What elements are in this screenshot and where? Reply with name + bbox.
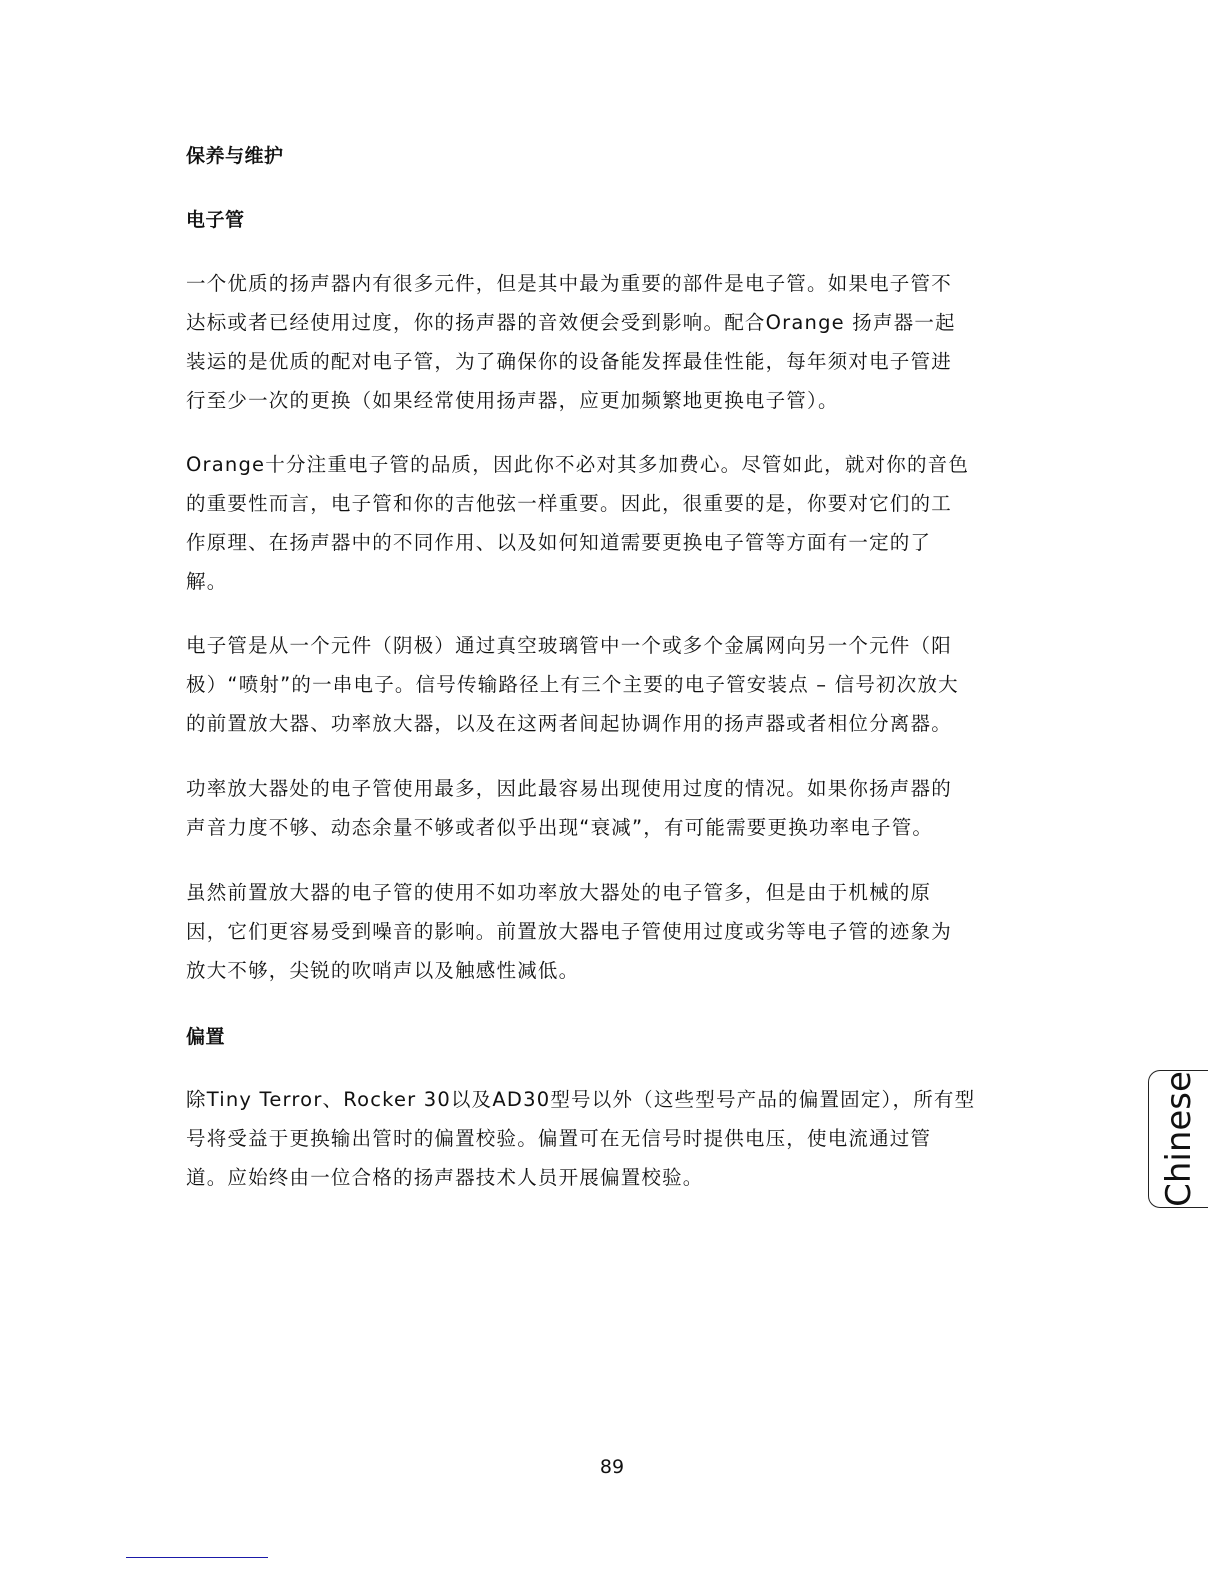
paragraph-tube-quality: Orange十分注重电子管的品质，因此你不必对其多加费心。尽管如此，就对你的音色…: [186, 445, 1026, 601]
text-line: 道。应始终由一位合格的扬声器技术人员开展偏置校验。: [186, 1158, 1026, 1197]
text-line: 声音力度不够、动态余量不够或者似乎出现“衰减”，有可能需要更换功率电子管。: [186, 808, 1026, 847]
text-line: 解。: [186, 562, 1026, 601]
text-line: 极）“喷射”的一串电子。信号传输路径上有三个主要的电子管安装点 – 信号初次放大: [186, 665, 1026, 704]
text-line: 虽然前置放大器的电子管的使用不如功率放大器处的电子管多，但是由于机械的原: [186, 873, 1026, 912]
subsection-title-tubes: 电子管: [186, 205, 245, 232]
text-line: 功率放大器处的电子管使用最多，因此最容易出现使用过度的情况。如果你扬声器的: [186, 769, 1026, 808]
paragraph-power-tubes: 功率放大器处的电子管使用最多，因此最容易出现使用过度的情况。如果你扬声器的 声音…: [186, 769, 1026, 847]
subsection-title-bias: 偏置: [186, 1022, 225, 1049]
text-line: 的重要性而言，电子管和你的吉他弦一样重要。因此，很重要的是，你要对它们的工: [186, 484, 1026, 523]
language-tab: Chinese: [1148, 1070, 1208, 1208]
paragraph-preamp-tubes: 虽然前置放大器的电子管的使用不如功率放大器处的电子管多，但是由于机械的原 因，它…: [186, 873, 1026, 990]
text-line: 装运的是优质的配对电子管，为了确保你的设备能发挥最佳性能，每年须对电子管进: [186, 342, 1026, 381]
text-line: 一个优质的扬声器内有很多元件，但是其中最为重要的部件是电子管。如果电子管不: [186, 264, 1026, 303]
text-line: 除Tiny Terror、Rocker 30以及AD30型号以外（这些型号产品的…: [186, 1080, 1026, 1119]
text-line: 因，它们更容易受到噪音的影响。前置放大器电子管使用过度或劣等电子管的迹象为: [186, 912, 1026, 951]
text-line: 电子管是从一个元件（阴极）通过真空玻璃管中一个或多个金属网向另一个元件（阳: [186, 626, 1026, 665]
paragraph-tubes-intro: 一个优质的扬声器内有很多元件，但是其中最为重要的部件是电子管。如果电子管不 达标…: [186, 264, 1026, 420]
text-line: 作原理、在扬声器中的不同作用、以及如何知道需要更换电子管等方面有一定的了: [186, 523, 1026, 562]
paragraph-tube-function: 电子管是从一个元件（阴极）通过真空玻璃管中一个或多个金属网向另一个元件（阳 极）…: [186, 626, 1026, 743]
text-line: Orange十分注重电子管的品质，因此你不必对其多加费心。尽管如此，就对你的音色: [186, 445, 1026, 484]
section-title: 保养与维护: [186, 141, 284, 168]
language-tab-label: Chinese: [1159, 1071, 1199, 1207]
page-number: 89: [0, 1456, 1224, 1478]
text-line: 号将受益于更换输出管时的偏置校验。偏置可在无信号时提供电压，使电流通过管: [186, 1119, 1026, 1158]
text-line: 放大不够，尖锐的吹哨声以及触感性减低。: [186, 951, 1026, 990]
text-line: 的前置放大器、功率放大器，以及在这两者间起协调作用的扬声器或者相位分离器。: [186, 704, 1026, 743]
text-line: 行至少一次的更换（如果经常使用扬声器，应更加频繁地更换电子管）。: [186, 381, 1026, 420]
text-line: 达标或者已经使用过度，你的扬声器的音效便会受到影响。配合Orange 扬声器一起: [186, 303, 1026, 342]
paragraph-bias: 除Tiny Terror、Rocker 30以及AD30型号以外（这些型号产品的…: [186, 1080, 1026, 1197]
footnote-separator: [126, 1557, 268, 1558]
